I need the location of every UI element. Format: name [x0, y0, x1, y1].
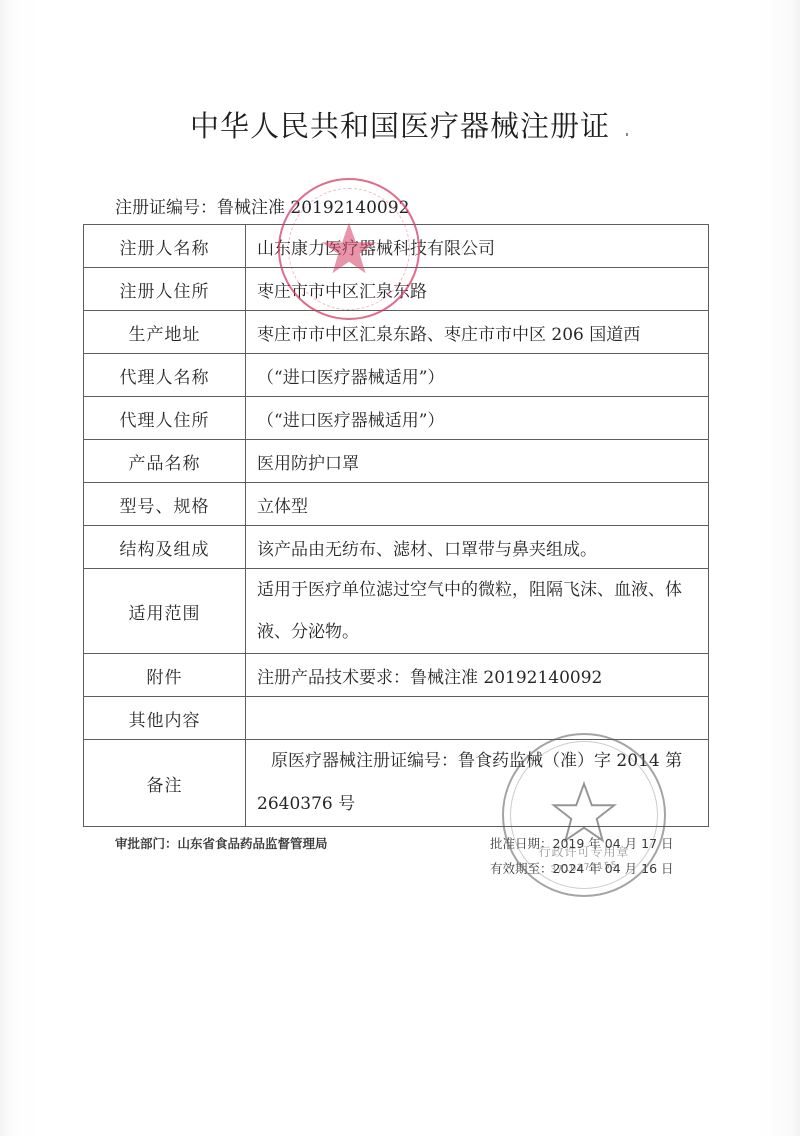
valid-until-date: 有效期至：2024 年 04 月 16 日 [490, 859, 674, 877]
row-label: 注册人名称 [84, 225, 246, 268]
row-value: 适用于医疗单位滤过空气中的微粒，阻隔飞沫、血液、体液、分泌物。 [246, 569, 709, 654]
table-row: 其他内容 [84, 697, 709, 740]
row-label: 代理人住所 [84, 397, 246, 440]
row-value: 医用防护口罩 [246, 440, 709, 483]
row-label: 适用范围 [84, 569, 246, 654]
registration-number-label: 注册证编号： [115, 198, 217, 218]
row-value: 山东康力医疗器械科技有限公司 [246, 225, 709, 268]
approval-date: 批准日期：2019 年 04 月 17 日 [490, 834, 674, 852]
row-value: 该产品由无纺布、滤材、口罩带与鼻夹组成。 [246, 526, 709, 569]
certificate-table: 注册人名称 山东康力医疗器械科技有限公司 注册人住所 枣庄市市中区汇泉东路 生产… [83, 224, 709, 827]
row-label: 附件 [84, 654, 246, 697]
row-label: 注册人住所 [84, 268, 246, 311]
row-value: 原医疗器械注册证编号：鲁食药监械（准）字 2014 第 2640376 号 [246, 740, 709, 827]
table-row: 型号、规格 立体型 [84, 483, 709, 526]
table-row: 注册人住所 枣庄市市中区汇泉东路 [84, 268, 709, 311]
row-label: 生产地址 [84, 311, 246, 354]
row-value: 枣庄市市中区汇泉东路、枣庄市市中区 206 国道西 [246, 311, 709, 354]
registration-number-value: 鲁械注准 20192140092 [217, 198, 409, 218]
row-label: 备注 [84, 740, 246, 827]
row-value: （“进口医疗器械适用”） [246, 354, 709, 397]
approval-department: 审批部门：山东省食品药品监督管理局 [115, 834, 328, 852]
row-label: 其他内容 [84, 697, 246, 740]
row-label: 型号、规格 [84, 483, 246, 526]
table-row: 生产地址 枣庄市市中区汇泉东路、枣庄市市中区 206 国道西 [84, 311, 709, 354]
table-row: 产品名称 医用防护口罩 [84, 440, 709, 483]
registration-number-line: 注册证编号：鲁械注准 20192140092 [115, 193, 409, 218]
row-label: 代理人名称 [84, 354, 246, 397]
row-value: （“进口医疗器械适用”） [246, 397, 709, 440]
table-row: 结构及组成 该产品由无纺布、滤材、口罩带与鼻夹组成。 [84, 526, 709, 569]
table-row: 代理人名称 （“进口医疗器械适用”） [84, 354, 709, 397]
table-row: 附件 注册产品技术要求：鲁械注准 20192140092 [84, 654, 709, 697]
row-value: 注册产品技术要求：鲁械注准 20192140092 [246, 654, 709, 697]
table-row: 备注 原医疗器械注册证编号：鲁食药监械（准）字 2014 第 2640376 号 [84, 740, 709, 827]
scan-speck [626, 133, 628, 136]
table-row: 适用范围 适用于医疗单位滤过空气中的微粒，阻隔飞沫、血液、体液、分泌物。 [84, 569, 709, 654]
table-row: 注册人名称 山东康力医疗器械科技有限公司 [84, 225, 709, 268]
table-row: 代理人住所 （“进口医疗器械适用”） [84, 397, 709, 440]
row-label: 产品名称 [84, 440, 246, 483]
row-value [246, 697, 709, 740]
document-title: 中华人民共和国医疗器械注册证 [0, 104, 800, 145]
row-value: 立体型 [246, 483, 709, 526]
row-value: 枣庄市市中区汇泉东路 [246, 268, 709, 311]
row-label: 结构及组成 [84, 526, 246, 569]
